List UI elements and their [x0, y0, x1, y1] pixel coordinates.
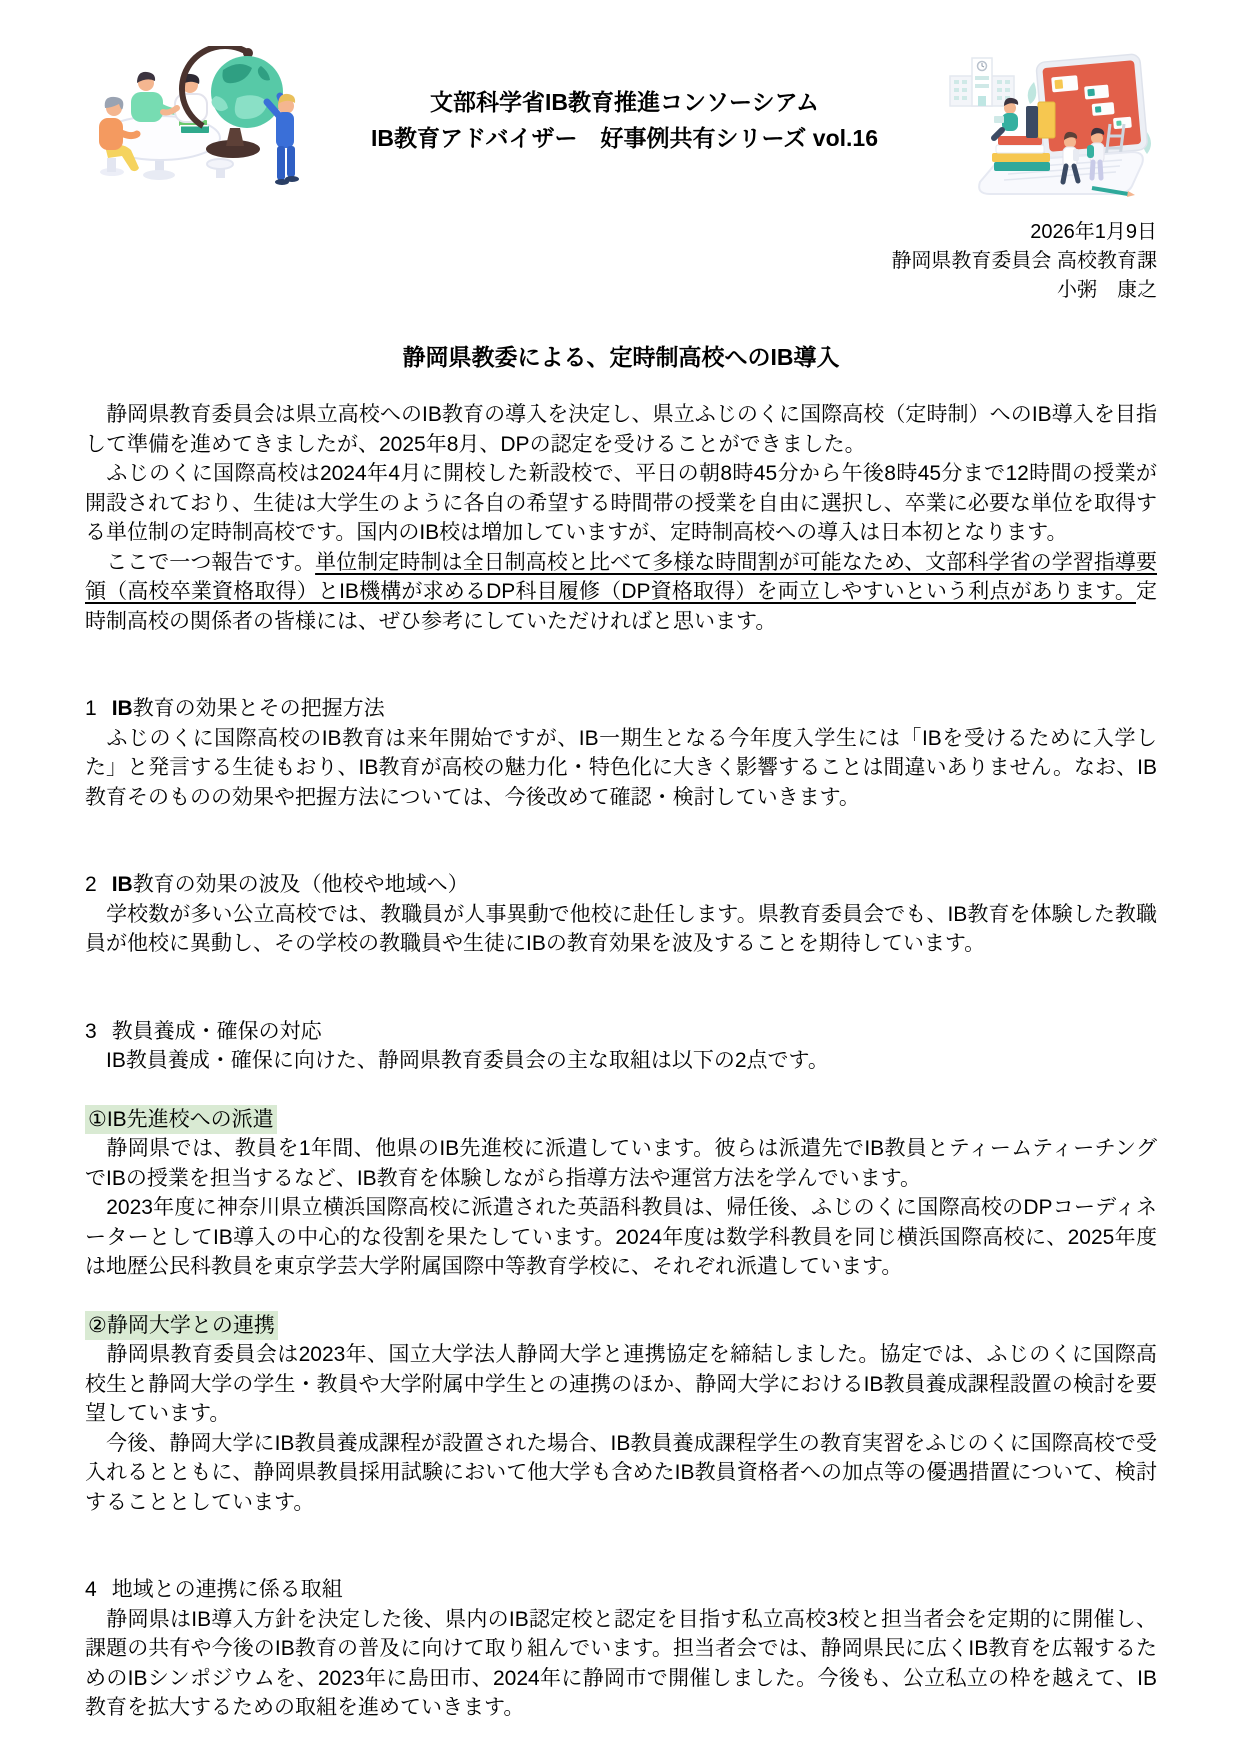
subsection-2-heading: ②静岡大学との連携 [85, 1311, 1157, 1341]
section-1-paragraph: ふじのくに国際高校のIB教育は来年開始ですが、IB一期生となる今年度入学生には「… [85, 724, 1157, 813]
header-text-block: 文部科学省IB教育推進コンソーシアム IB教育アドバイザー 好事例共有シリーズ … [307, 84, 942, 156]
section-1-title-bold: IB [112, 697, 133, 720]
people-discussion-globe-illustration [85, 46, 307, 193]
intro-paragraph-3: ここで一つ報告です。単位制定時制は全日制高校と比べて多様な時間割が可能なため、文… [85, 548, 1157, 637]
section-4-title: 地域との連携に係る取組 [112, 1578, 343, 1601]
section-2-paragraph: 学校数が多い公立高校では、教職員が人事異動で他校に赴任します。県教育委員会でも、… [85, 900, 1157, 959]
section-2-heading: 2IB教育の効果の波及（他校や地域へ） [85, 870, 1157, 900]
intro-paragraph-2: ふじのくに国際高校は2024年4月に開校した新設校で、平日の朝8時45分から午後… [85, 459, 1157, 548]
document-page: 文部科学省IB教育推進コンソーシアム IB教育アドバイザー 好事例共有シリーズ … [0, 0, 1242, 1755]
school-online-learning-illustration [942, 46, 1157, 206]
document-organization: 静岡県教育委員会 高校教育課 [85, 247, 1157, 276]
subsection-2-paragraph-2: 今後、静岡大学にIB教員養成課程が設置された場合、IB教員養成課程学生の教育実習… [85, 1429, 1157, 1518]
people-discussion-globe-svg [85, 46, 307, 188]
school-building-icon [950, 58, 1014, 106]
subsection-2-highlight: ②静岡大学との連携 [85, 1311, 278, 1341]
subsection-2-paragraph-1: 静岡県教育委員会は2023年、国立大学法人静岡大学と連携協定を締結しました。協定… [85, 1340, 1157, 1429]
section-2-title: 教育の効果の波及（他校や地域へ） [133, 873, 469, 896]
section-2-number: 2 [85, 870, 97, 900]
intro-paragraph-1: 静岡県教育委員会は県立高校へのIB教育の導入を決定し、県立ふじのくに国際高校（定… [85, 400, 1157, 459]
header-line1: 文部科学省IB教育推進コンソーシアム [307, 84, 942, 120]
section-1-title: 教育の効果とその把握方法 [133, 697, 385, 720]
section-1-number: 1 [85, 694, 97, 724]
section-3-title: 教員養成・確保の対応 [112, 1020, 322, 1043]
section-3-heading: 3教員養成・確保の対応 [85, 1017, 1157, 1047]
section-2-title-bold: IB [112, 873, 133, 896]
document-title: 静岡県教委による、定時制高校へのIB導入 [85, 339, 1157, 372]
subsection-1-paragraph-2: 2023年度に神奈川県立横浜国際高校に派遣された英語科教員は、帰任後、ふじのくに… [85, 1193, 1157, 1282]
intro-p3-lead: ここで一つ報告です。 [85, 551, 315, 574]
section-4-paragraph: 静岡県はIB導入方針を決定した後、県内のIB認定校と認定を目指す私立高校3校と担… [85, 1605, 1157, 1723]
subsection-1-highlight: ①IB先進校への派遣 [85, 1105, 277, 1135]
section-4-number: 4 [85, 1575, 97, 1605]
document-header: 文部科学省IB教育推進コンソーシアム IB教育アドバイザー 好事例共有シリーズ … [85, 46, 1157, 206]
school-online-learning-svg [942, 46, 1157, 201]
person-blue-icon [267, 94, 299, 185]
document-date: 2026年1月9日 [85, 218, 1157, 247]
document-author: 小粥 康之 [85, 276, 1157, 305]
section-3-number: 3 [85, 1017, 97, 1047]
subsection-1-heading: ①IB先進校への派遣 [85, 1105, 1157, 1135]
section-3-paragraph: IB教員養成・確保に向けた、静岡県教育委員会の主な取組は以下の2点です。 [85, 1046, 1157, 1076]
person-green-icon [131, 72, 181, 122]
date-block: 2026年1月9日 静岡県教育委員会 高校教育課 小粥 康之 [85, 218, 1157, 305]
subsection-1-paragraph-1: 静岡県では、教員を1年間、他県のIB先進校に派遣しています。彼らは派遣先でIB教… [85, 1134, 1157, 1193]
section-4-heading: 4地域との連携に係る取組 [85, 1575, 1157, 1605]
section-1-heading: 1IB教育の効果とその把握方法 [85, 694, 1157, 724]
header-line2: IB教育アドバイザー 好事例共有シリーズ vol.16 [307, 120, 942, 156]
stool-icon [207, 159, 233, 178]
books-stack-icon [992, 102, 1055, 171]
